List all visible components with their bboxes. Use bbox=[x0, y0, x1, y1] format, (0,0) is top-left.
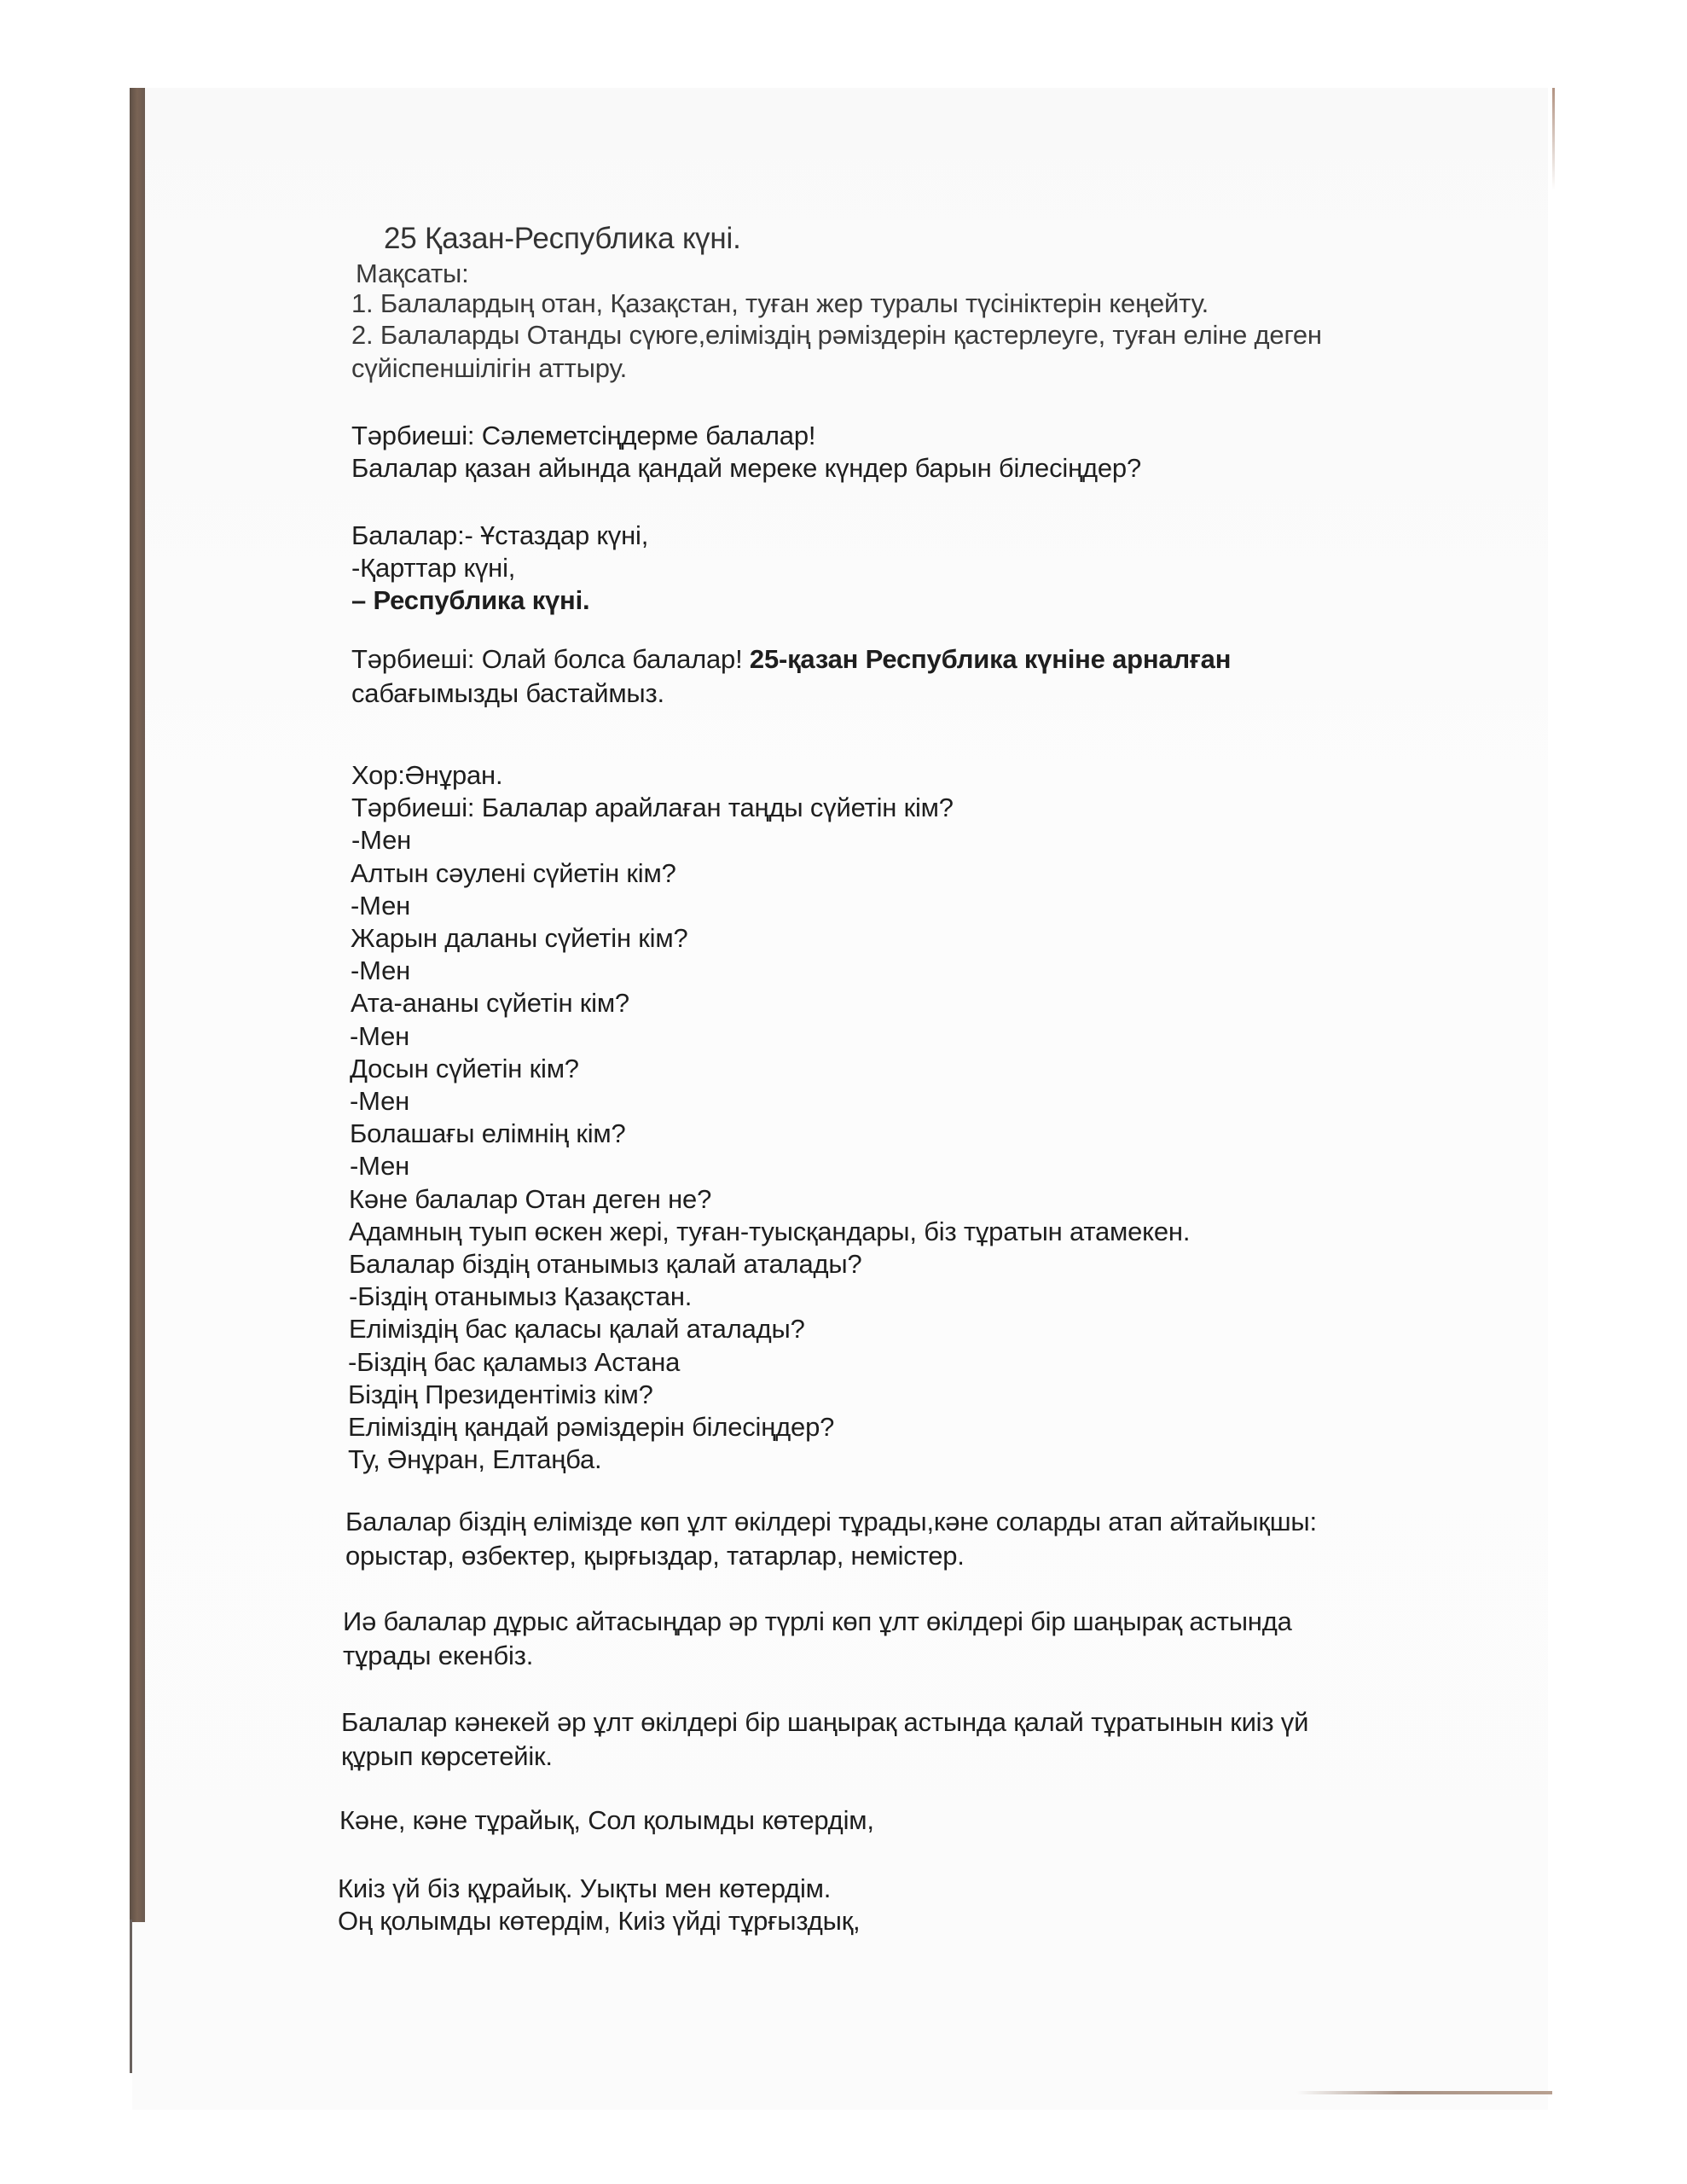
nations-line: Балалар біздің елімізде көп ұлт өкілдері… bbox=[345, 1508, 1317, 1535]
poem-line: Киіз үй біз құрайық. Уықты мен көтердім. bbox=[338, 1875, 831, 1902]
teacher-start-prefix: Тәрбиеші: Олай болса балалар! bbox=[351, 644, 750, 674]
poem-line: Оң қолымды көтердім, Киіз үйді тұрғыздық… bbox=[338, 1908, 860, 1934]
dialogue-line: -Мен bbox=[351, 892, 410, 919]
goal-item: 1. Балалардың отан, Қазақстан, туған жер… bbox=[351, 290, 1209, 317]
document-title: 25 Қазан-Республика күні. bbox=[384, 224, 741, 253]
teacher-start: Тәрбиеші: Олай болса балалар! 25-қазан Р… bbox=[351, 646, 1231, 672]
dialogue-line: Жарын даланы сүйетін кім? bbox=[351, 925, 688, 951]
goal-item: 2. Балаларды Отанды сүюге,еліміздің рәмі… bbox=[351, 322, 1322, 348]
dialogue-line: -Мен bbox=[350, 1023, 409, 1049]
dialogue-line: -Біздің отанымыз Қазақстан. bbox=[349, 1283, 692, 1310]
dialogue-line: Досын сүйетін кім? bbox=[350, 1055, 579, 1082]
teacher-start-bold: 25-қазан Республика күніне арналған bbox=[750, 644, 1231, 674]
dialogue-line: -Мен bbox=[351, 957, 410, 984]
dialogue-line: -Мен bbox=[350, 1153, 409, 1179]
dialogue-line: Біздің Президентіміз кім? bbox=[348, 1381, 653, 1408]
dialogue-line: Еліміздің бас қаласы қалай аталады? bbox=[349, 1316, 805, 1342]
nations-line: орыстар, өзбектер, қырғыздар, татарлар, … bbox=[345, 1542, 965, 1569]
dialogue-line: -Мен bbox=[351, 827, 411, 853]
dialogue-line: Ту, Әнұран, Елтаңба. bbox=[348, 1446, 601, 1472]
teacher-greeting: Тәрбиеші: Сәлеметсіңдерме балалар! bbox=[351, 422, 815, 449]
dialogue-line: -Мен bbox=[350, 1088, 409, 1114]
dialogue-line: Алтын сәулені сүйетін кім? bbox=[351, 860, 676, 886]
dialogue-line: Еліміздің қандай рәміздерін білесіңдер? bbox=[348, 1414, 834, 1440]
poem-line: Кәне, кәне тұрайық, Сол қолымды көтердім… bbox=[339, 1807, 874, 1833]
dialogue-line: Тәрбиеші: Балалар арайлаған таңды сүйеті… bbox=[351, 794, 954, 821]
yurt-intro-line: құрып көрсетейік. bbox=[341, 1743, 553, 1769]
children-answer: Балалар:- Ұстаздар күні, bbox=[351, 522, 648, 549]
goal-item: сүйіспеншілігін аттыру. bbox=[351, 355, 627, 381]
children-answer-bold: – Республика күні. bbox=[351, 587, 589, 613]
dialogue-line: Хор:Әнұран. bbox=[351, 762, 502, 788]
yurt-intro-line: Балалар кәнекей әр ұлт өкілдері бір шаңы… bbox=[341, 1709, 1308, 1735]
children-answer: -Қарттар күні, bbox=[351, 555, 515, 581]
teacher-question: Балалар қазан айында қандай мереке күнде… bbox=[351, 455, 1141, 481]
dialogue-line: Кәне балалар Отан деген не? bbox=[349, 1186, 711, 1212]
goals-heading: Мақсаты: bbox=[356, 260, 469, 287]
dialogue-line: Ата-ананы сүйетін кім? bbox=[351, 990, 629, 1016]
dialogue-line: -Біздің бас қаламыз Астана bbox=[348, 1349, 680, 1375]
dialogue-line: Балалар біздің отанымыз қалай аталады? bbox=[349, 1251, 862, 1277]
dialogue-line: Болашағы елімнің кім? bbox=[350, 1120, 626, 1147]
dialogue-line: Адамның туып өскен жері, туған-туысқанда… bbox=[349, 1218, 1190, 1245]
confirmation-line: Иә балалар дұрыс айтасыңдар әр түрлі көп… bbox=[343, 1608, 1292, 1635]
document-body: 25 Қазан-Республика күні. Мақсаты: 1. Ба… bbox=[0, 0, 1687, 2184]
teacher-start-continuation: сабағымызды бастаймыз. bbox=[351, 680, 664, 706]
confirmation-line: тұрады екенбіз. bbox=[343, 1642, 533, 1669]
